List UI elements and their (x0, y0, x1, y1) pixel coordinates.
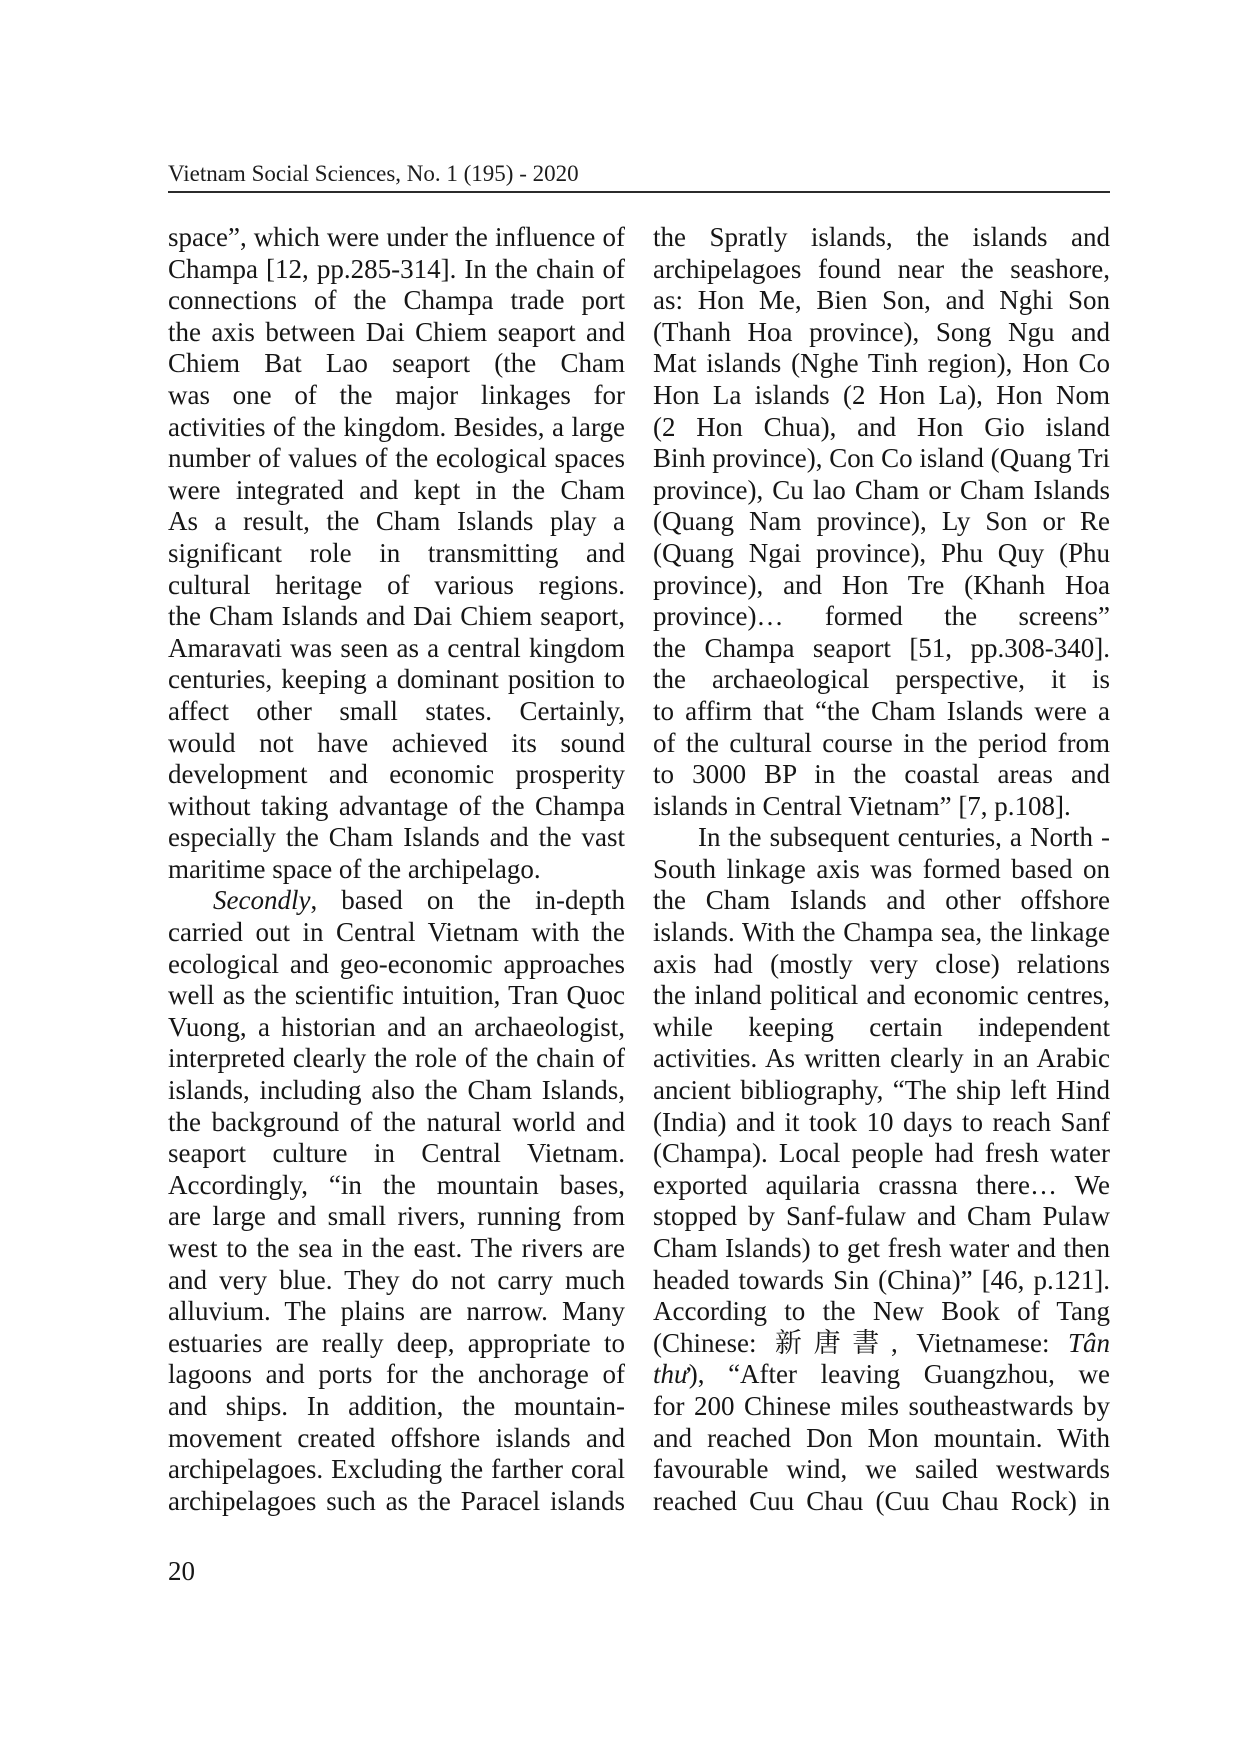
text-line: thư), “After leaving Guangzhou, we trave… (653, 1359, 1110, 1391)
text-line: was one of the major linkages for econom… (168, 380, 625, 412)
text-line: (Thanh Hoa province), Song Ngu and Hon (653, 317, 1110, 349)
text-line: Hon La islands (2 Hon La), Hon Nom islan… (653, 380, 1110, 412)
text-line: (India) and it took 10 days to reach San… (653, 1107, 1110, 1139)
text-line: movement created offshore islands and (168, 1423, 625, 1455)
text-line: would not have achieved its sound (168, 728, 625, 760)
text-line: west to the sea in the east. The rivers … (168, 1233, 625, 1265)
text-line: reached Cuu Chau (Cuu Chau Rock) in two (653, 1486, 1110, 1518)
text-line: space”, which were under the influence o… (168, 222, 625, 254)
text-line: In the subsequent centuries, a North - (653, 822, 1110, 854)
text-line: carried out in Central Vietnam with the … (168, 917, 625, 949)
text-line: (Quang Ngai province), Phu Quy (Phu Yen (653, 538, 1110, 570)
text-line: headed towards Sin (China)” [46, p.121]. (653, 1265, 1110, 1297)
text-line: to affirm that “the Cham Islands were a … (653, 696, 1110, 728)
text-line: exported aquilaria crassna there… We (653, 1170, 1110, 1202)
text-line: development and economic prosperity (168, 759, 625, 791)
text-line: (2 Hon Chua), and Hon Gio island (Quang (653, 412, 1110, 444)
text-line: islands in Central Vietnam” [7, p.108]. (653, 791, 1110, 823)
text-line: without taking advantage of the Champa s… (168, 791, 625, 823)
page-number: 20 (168, 1556, 195, 1587)
text-line: well as the scientific intuition, Tran Q… (168, 980, 625, 1012)
text-line: islands, including also the Cham Islands… (168, 1075, 625, 1107)
text-line: and ships. In addition, the mountain-for… (168, 1391, 625, 1423)
text-line: ecological and geo-economic approaches a… (168, 949, 625, 981)
text-line: province), and Hon Tre (Khanh Hoa (653, 570, 1110, 602)
text-line: Chiem Bat Lao seaport (the Cham Islands) (168, 348, 625, 380)
header-rule (168, 191, 1110, 193)
text-line: estuaries are really deep, appropriate t… (168, 1328, 625, 1360)
text-line: province)… formed the screens” protectin… (653, 601, 1110, 633)
text-line: maritime space of the archipelago. (168, 854, 625, 886)
text-line: activities of the kingdom. Besides, a la… (168, 412, 625, 444)
text-line: (Champa). Local people had fresh water a… (653, 1138, 1110, 1170)
text-line: were integrated and kept in the Cham Isl… (168, 475, 625, 507)
article-body: space”, which were under the influence o… (168, 222, 1110, 1517)
text-line: seaport culture in Central Vietnam. (168, 1138, 625, 1170)
text-line: archipelagoes such as the Paracel island… (168, 1486, 625, 1518)
text-line: Secondly, based on the in-depth surveys (168, 885, 625, 917)
text-line: alluvium. The plains are narrow. Many (168, 1296, 625, 1328)
text-line: the axis between Dai Chiem seaport and (168, 317, 625, 349)
text-line: archipelagoes. Excluding the farther cor… (168, 1454, 625, 1486)
text-line: favourable wind, we sailed westwards and (653, 1454, 1110, 1486)
text-line: connections of the Champa trade port sys… (168, 285, 625, 317)
text-line: to 3000 BP in the coastal areas and offs… (653, 759, 1110, 791)
text-line: Mat islands (Nghe Tinh region), Hon Co a… (653, 348, 1110, 380)
text-line: (Quang Nam province), Ly Son or Re islan… (653, 506, 1110, 538)
text-line: centuries, keeping a dominant position t… (168, 664, 625, 696)
cjk-text: 新唐書 (775, 1328, 891, 1358)
text-line: Binh province), Con Co island (Quang Tri (653, 443, 1110, 475)
text-line: number of values of the ecological space… (168, 443, 625, 475)
text-line: Accordingly, “in the mountain bases, the… (168, 1170, 625, 1202)
text-line: and reached Don Mon mountain. With (653, 1423, 1110, 1455)
text-line: cultural heritage of various regions. Ow… (168, 570, 625, 602)
text-line: lagoons and ports for the anchorage of b… (168, 1359, 625, 1391)
journal-page: Vietnam Social Sciences, No. 1 (195) - 2… (0, 0, 1240, 1753)
text-line: significant role in transmitting and pre… (168, 538, 625, 570)
text-line: the Spratly islands, the islands and (653, 222, 1110, 254)
text-line: while keeping certain independent (653, 1012, 1110, 1044)
text-line: interpreted clearly the role of the chai… (168, 1043, 625, 1075)
text-line: islands. With the Champa sea, the linkag… (653, 917, 1110, 949)
text-line: the archaeological perspective, it is po… (653, 664, 1110, 696)
text-line: Champa [12, pp.285-314]. In the chain of (168, 254, 625, 286)
text-line: as: Hon Me, Bien Son, and Nghi Son islan… (653, 285, 1110, 317)
text-line: province), Cu lao Cham or Cham Islands (653, 475, 1110, 507)
text-line: Amaravati was seen as a central kingdom … (168, 633, 625, 665)
text-line: are large and small rivers, running from… (168, 1201, 625, 1233)
text-line: Vuong, a historian and an archaeologist, (168, 1012, 625, 1044)
right-column: the Spratly islands, the islands andarch… (653, 222, 1110, 1517)
text-line: activities. As written clearly in an Ara… (653, 1043, 1110, 1075)
left-column: space”, which were under the influence o… (168, 222, 625, 1517)
text-line: the Champa seaport [51, pp.308-340]. Fro… (653, 633, 1110, 665)
text-line: and very blue. They do not carry much (168, 1265, 625, 1297)
text-line: South linkage axis was formed based on (653, 854, 1110, 886)
text-line: archipelagoes found near the seashore, s… (653, 254, 1110, 286)
text-line: the Cham Islands and other offshore (653, 885, 1110, 917)
text-line: of the cultural course in the period fro… (653, 728, 1110, 760)
text-line: affect other small states. Certainly, Am… (168, 696, 625, 728)
text-line: the Cham Islands and Dai Chiem seaport, (168, 601, 625, 633)
text-line: stopped by Sanf-fulaw and Cham Pulaw (th… (653, 1201, 1110, 1233)
text-line: Cham Islands) to get fresh water and the… (653, 1233, 1110, 1265)
text-line: the inland political and economic centre… (653, 980, 1110, 1012)
text-line: especially the Cham Islands and the vast (168, 822, 625, 854)
text-line: (Chinese: 新唐書, Vietnamese: Tân Đường (653, 1328, 1110, 1360)
text-line: the background of the natural world and … (168, 1107, 625, 1139)
running-header: Vietnam Social Sciences, No. 1 (195) - 2… (168, 161, 1110, 186)
text-line: ancient bibliography, “The ship left Hin… (653, 1075, 1110, 1107)
text-line: According to the New Book of Tang (653, 1296, 1110, 1328)
text-line: As a result, the Cham Islands play a (168, 506, 625, 538)
text-line: axis had (mostly very close) relations w… (653, 949, 1110, 981)
text-line: for 200 Chinese miles southeastwards by … (653, 1391, 1110, 1423)
